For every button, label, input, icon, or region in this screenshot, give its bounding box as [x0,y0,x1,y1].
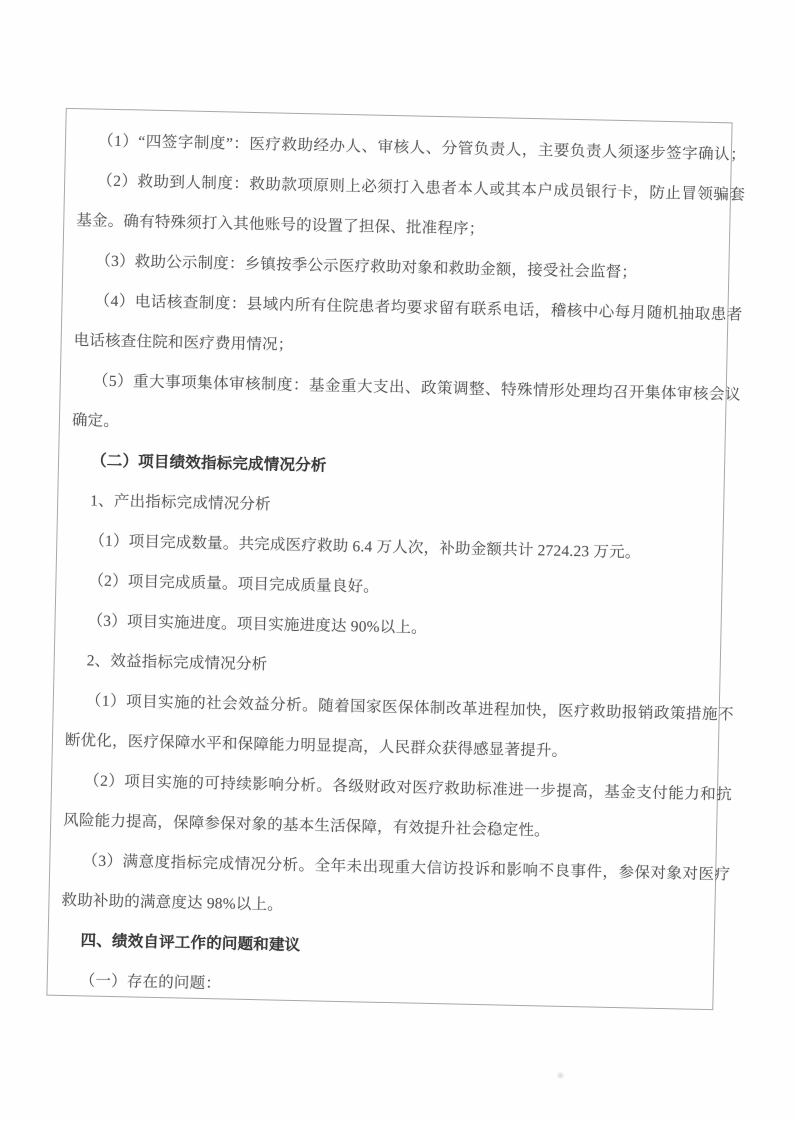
scan-smudge [556,1072,565,1079]
text-block: （1）“四签字制度”：医疗救助经办人、审核人、分管负责人，主要负责人须逐步签字确… [59,121,746,1015]
content-frame: （1）“四签字制度”：医疗救助经办人、审核人、分管负责人，主要负责人须逐步签字确… [46,108,732,1010]
document-page: （1）“四签字制度”：医疗救助经办人、审核人、分管负责人，主要负责人须逐步签字确… [0,0,794,1122]
